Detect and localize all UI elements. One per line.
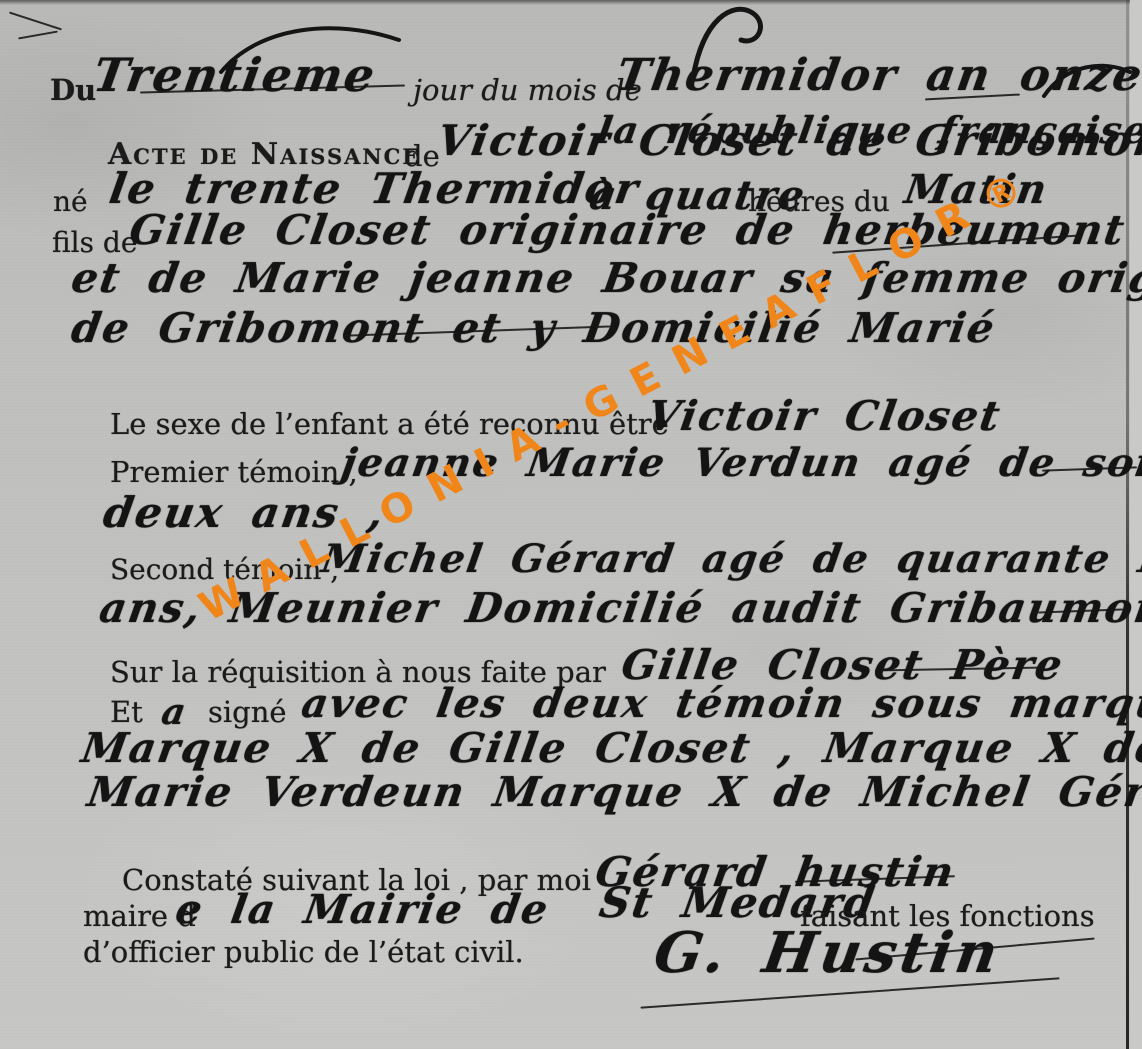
printed-fils-de: fils de [52,229,137,257]
handwritten-witness2: Michel Gérard agé de quarante Neuf [319,540,1142,579]
handwritten-signature: G. Hustin [651,925,1006,981]
printed-jour-du-mois: jour du mois de [413,76,642,105]
printed-premier-temoin: Premier témoin , [110,458,358,487]
scan-edge-top [0,0,1142,5]
handwritten-marks-2: Marie Verdeun Marque X de Michel Gérard … [85,772,1142,813]
handwritten-month-year: Thermidor an onze de [614,54,1142,98]
handwritten-birth-date: le trente Thermidor [107,168,643,210]
handwritten-mother-domicile: de Gribomont et y Domicilié Marié [69,308,999,349]
handwritten-day: Trentieme [90,52,379,98]
handwritten-avec-temoins: avec les deux témoin sous marqués [299,684,1142,724]
handwritten-mairie: e la Mairie de [173,890,552,930]
handwritten-child-name: Victoir Closet de Gribomont . [435,120,1142,162]
handwritten-sex-name: Victoir Closet [645,396,1005,437]
printed-et: Et [110,698,143,727]
printed-signe: signé [208,698,287,727]
handwritten-mother: et de Marie jeanne Bouar sa femme origin… [69,258,1142,299]
handwritten-marks-1: Marque X de Gille Closet , Marque X de j… [79,728,1142,769]
printed-officier: d’officier public de l’état civil. [83,938,524,967]
printed-ne: né [53,188,88,216]
